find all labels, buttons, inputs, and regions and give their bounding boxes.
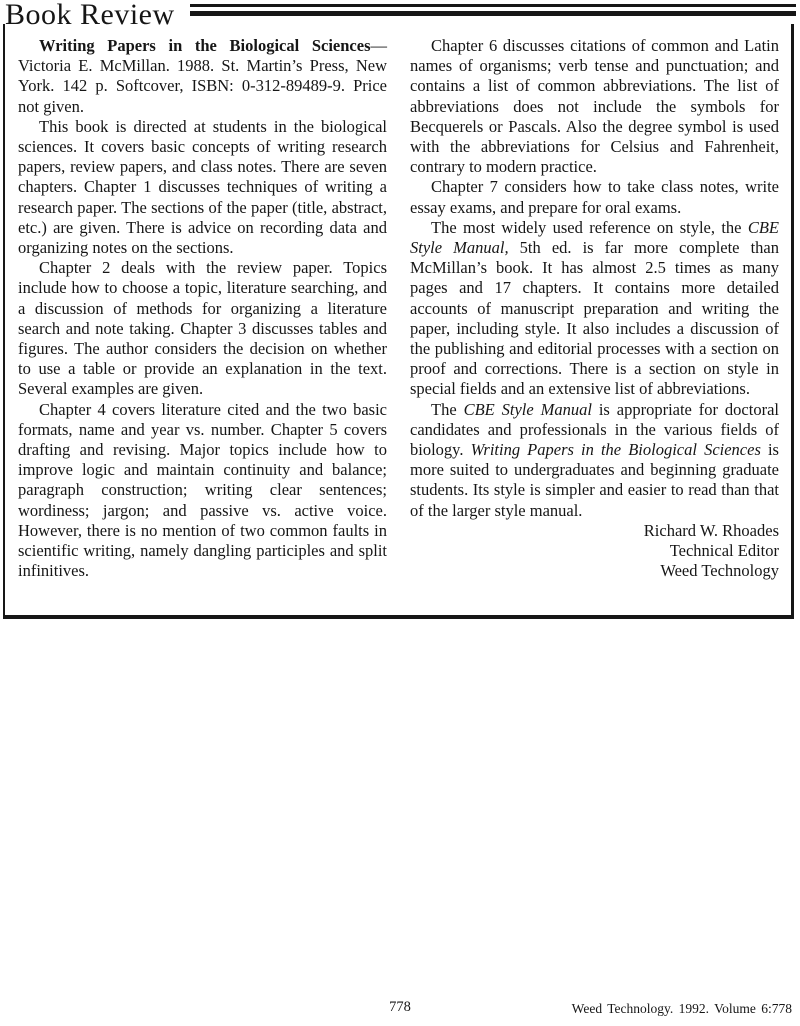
text-run: The most widely used reference on style,…: [431, 218, 748, 237]
text-run: CBE Style Manual: [464, 400, 592, 419]
review-box: Writing Papers in the Biological Science…: [3, 24, 794, 619]
paragraph: Writing Papers in the Biological Science…: [18, 36, 387, 117]
column-right-paragraphs: Chapter 6 discusses citations of common …: [410, 36, 779, 521]
rule-line-bottom: [190, 11, 796, 16]
text-run: Chapter 6 discusses citations of common …: [410, 36, 779, 176]
paragraph: Chapter 2 deals with the review paper. T…: [18, 258, 387, 399]
double-rule: [190, 4, 796, 16]
text-run: The: [431, 400, 464, 419]
rule-line-top: [190, 4, 796, 7]
paragraph: The CBE Style Manual is appropriate for …: [410, 400, 779, 521]
journal-citation: Weed Technology. 1992. Volume 6:778: [572, 1001, 792, 1017]
text-run: Writing Papers in the Biological Science…: [471, 440, 761, 459]
signature-block: Richard W. Rhoades Technical Editor Weed…: [410, 521, 779, 582]
text-run: Chapter 2 deals with the review paper. T…: [18, 258, 387, 398]
paragraph: Chapter 6 discusses citations of common …: [410, 36, 779, 177]
paragraph: Chapter 4 covers literature cited and th…: [18, 400, 387, 582]
column-right: Chapter 6 discusses citations of common …: [410, 36, 779, 615]
text-run: 5th ed. is far more complete than McMill…: [410, 238, 779, 398]
reviewer-title: Technical Editor: [410, 541, 779, 561]
column-left-paragraphs: Writing Papers in the Biological Science…: [18, 36, 387, 581]
text-run: This book is directed at students in the…: [18, 117, 387, 257]
text-run: Writing Papers in the Biological Science…: [39, 36, 371, 55]
paragraph: The most widely used reference on style,…: [410, 218, 779, 400]
paragraph: This book is directed at students in the…: [18, 117, 387, 258]
reviewer-affiliation: Weed Technology: [410, 561, 779, 581]
column-left: Writing Papers in the Biological Science…: [18, 36, 387, 615]
text-run: Chapter 7 considers how to take class no…: [410, 177, 779, 216]
journal-page: Book Review Writing Papers in the Biolog…: [0, 0, 800, 1026]
paragraph: Chapter 7 considers how to take class no…: [410, 177, 779, 217]
text-run: Chapter 4 covers literature cited and th…: [18, 400, 387, 581]
reviewer-name: Richard W. Rhoades: [410, 521, 779, 541]
